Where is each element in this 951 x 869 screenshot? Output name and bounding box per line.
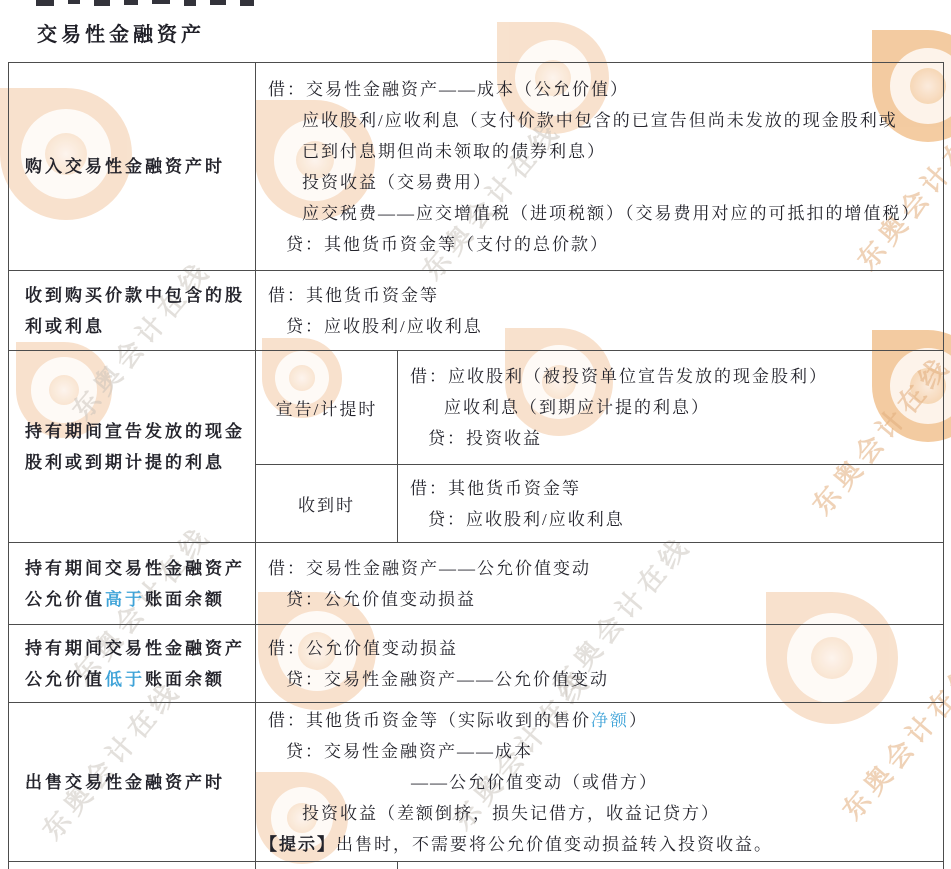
row-label-text: 持有期间交易性金融资产公允价值低于账面余额 [25,633,251,695]
journal-line: 已到付息期但尚未领取的债券利息） [256,136,937,167]
text-segment: ） [629,711,648,730]
journal-line: 应收利息（到期应计提的利息） [398,392,937,423]
text-segment: 应收股利/应收利息（支付价款中包含的已宣告但尚未发放的现金股利或 [302,111,898,130]
text-segment: 借：应收股利（被投资单位宣告发放的现金股利） [410,367,828,386]
journal-entries-cell: 借：应收股利（被投资单位宣告发放的现金股利）应收利息（到期应计提的利息）贷：投资… [398,351,943,464]
journal-line: 【提示】出售时，不需要将公允价值变动损益转入投资收益。 [256,829,937,860]
journal-table: 购入交易性金融资产时借：交易性金融资产——成本（公允价值）应收股利/应收利息（支… [8,62,944,869]
text-segment: 贷：应收股利/应收利息 [428,510,625,529]
row-label-text: 购入交易性金融资产时 [25,151,225,182]
journal-line: 借：交易性金融资产——成本（公允价值） [256,74,937,105]
table-row: 持有期间交易性金融资产公允价值低于账面余额借：公允价值变动损益贷：交易性金融资产… [9,625,943,703]
text-segment: ——公允价值变动（或借方） [411,773,658,792]
journal-line: 应收股利/应收利息（支付价款中包含的已宣告但尚未发放的现金股利或 [256,105,937,136]
text-segment: 贷：投资收益 [428,429,542,448]
text-segment: 持有期间宣告发放的现金股利或到期计提的利息 [25,422,245,472]
journal-line: 贷：应收股利/应收利息 [398,504,937,535]
condition-cell: 收到时 [256,465,398,542]
condition-label: 宣告/计提时 [276,395,378,420]
journal-line: 借：应收股利（被投资单位宣告发放的现金股利） [398,361,937,392]
text-segment: 已到付息期但尚未领取的债券利息） [302,142,606,161]
journal-line: 投资收益（交易费用） [256,167,937,198]
text-segment: 贷：应收股利/应收利息 [286,317,483,336]
row-label-cell: 出售交易性金融资产时 [9,703,256,861]
row-label-cell: 持有期间交易性金融资产公允价值高于账面余额 [9,543,256,624]
row-label-cell: 购入交易性金融资产时 [9,63,256,270]
journal-line: 应交税费——应交增值税（进项税额）（交易费用对应的可抵扣的增值税） [256,198,937,229]
highlight-segment: 低于 [105,670,145,689]
text-segment: 借：交易性金融资产——成本（公允价值） [268,80,629,99]
row-label-text: 持有期间交易性金融资产公允价值高于账面余额 [25,553,251,615]
journal-line: 贷：其他货币资金等（支付的总价款） [256,229,937,260]
journal-entries-cell: 借：交易性金融资产——成本（公允价值）应收股利/应收利息（支付价款中包含的已宣告… [256,63,943,270]
journal-entries-cell: 借：公允价值变动损益贷：交易性金融资产——公允价值变动 [256,625,943,702]
text-segment: 购入交易性金融资产时 [25,157,225,176]
condition-label: 收到时 [298,491,355,516]
journal-entries-cell: 借：其他货币资金等贷：应收股利/应收利息 [398,465,943,542]
stub-label-cell [9,862,256,869]
row-label-text: 收到购买价款中包含的股利或利息 [25,280,251,342]
sub-row: 宣告/计提时借：应收股利（被投资单位宣告发放的现金股利）应收利息（到期应计提的利… [256,351,943,465]
sub-rows-wrap: 宣告/计提时借：应收股利（被投资单位宣告发放的现金股利）应收利息（到期应计提的利… [256,351,943,542]
row-label-text: 持有期间宣告发放的现金股利或到期计提的利息 [25,416,251,478]
text-segment: 收到购买价款中包含的股利或利息 [25,286,245,336]
text-segment: 账面余额 [145,670,225,689]
journal-line: 借：公允价值变动损益 [256,633,937,664]
stub-condition-cell [256,862,398,869]
text-segment: 借：其他货币资金等 [268,286,439,305]
text-segment: 投资收益（交易费用） [302,173,492,192]
text-segment: 借：交易性金融资产——公允价值变动 [268,559,591,578]
row-label-text: 出售交易性金融资产时 [25,767,225,798]
condition-cell: 宣告/计提时 [256,351,398,464]
journal-line: 借：其他货币资金等 [398,473,937,504]
sub-row: 收到时借：其他货币资金等贷：应收股利/应收利息 [256,465,943,542]
table-row: 持有期间交易性金融资产公允价值高于账面余额借：交易性金融资产——公允价值变动贷：… [9,543,943,625]
highlight-segment: 高于 [105,590,145,609]
text-segment: 借：其他货币资金等 [410,479,581,498]
table-row: 收到购买价款中包含的股利或利息借：其他货币资金等贷：应收股利/应收利息 [9,271,943,351]
text-segment: 贷：交易性金融资产——公允价值变动 [286,670,609,689]
journal-entries-cell: 借：其他货币资金等贷：应收股利/应收利息 [256,271,943,350]
journal-entries-cell: 借：其他货币资金等（实际收到的售价净额）贷：交易性金融资产——成本——公允价值变… [256,703,943,861]
row-label-cell: 收到购买价款中包含的股利或利息 [9,271,256,350]
journal-line: 贷：交易性金融资产——公允价值变动 [256,664,937,695]
table-row: 购入交易性金融资产时借：交易性金融资产——成本（公允价值）应收股利/应收利息（支… [9,63,943,271]
journal-line: 贷：应收股利/应收利息 [256,311,937,342]
text-segment: 应交税费——应交增值税（进项税额）（交易费用对应的可抵扣的增值税） [302,204,921,223]
journal-line: 投资收益（差额倒挤，损失记借方，收益记贷方） [256,798,937,829]
text-segment: 【提示】 [260,835,336,854]
text-segment: 贷：公允价值变动损益 [286,590,476,609]
clipped-text-remnant [36,0,254,7]
journal-line: 借：交易性金融资产——公允价值变动 [256,553,937,584]
text-segment: 应收利息（到期应计提的利息） [444,398,710,417]
page-title: 交易性金融资产 [37,18,205,47]
journal-line: 借：其他货币资金等 [256,280,937,311]
text-segment: 投资收益（差额倒挤，损失记借方，收益记贷方） [302,804,720,823]
text-segment: 借：其他货币资金等（实际收到的售价 [268,711,591,730]
table-row: 持有期间宣告发放的现金股利或到期计提的利息宣告/计提时借：应收股利（被投资单位宣… [9,351,943,543]
journal-entries-cell: 借：交易性金融资产——公允价值变动贷：公允价值变动损益 [256,543,943,624]
text-segment: 贷：交易性金融资产——成本 [286,742,533,761]
text-segment: 出售时，不需要将公允价值变动损益转入投资收益。 [336,835,773,854]
journal-line: 贷：公允价值变动损益 [256,584,937,615]
row-label-cell: 持有期间宣告发放的现金股利或到期计提的利息 [9,351,256,542]
row-label-cell: 持有期间交易性金融资产公允价值低于账面余额 [9,625,256,702]
journal-line: 贷：交易性金融资产——成本 [256,736,937,767]
text-segment: 账面余额 [145,590,225,609]
text-segment: 出售交易性金融资产时 [25,773,225,792]
journal-line: 借：其他货币资金等（实际收到的售价净额） [256,705,937,736]
text-segment: 借：公允价值变动损益 [268,639,458,658]
journal-line: 贷：投资收益 [398,423,937,454]
highlight-segment: 净额 [591,711,629,730]
text-segment: 贷：其他货币资金等（支付的总价款） [286,235,609,254]
journal-line: ——公允价值变动（或借方） [256,767,937,798]
table-row: 出售交易性金融资产时借：其他货币资金等（实际收到的售价净额）贷：交易性金融资产—… [9,703,943,862]
table-row [9,862,943,869]
